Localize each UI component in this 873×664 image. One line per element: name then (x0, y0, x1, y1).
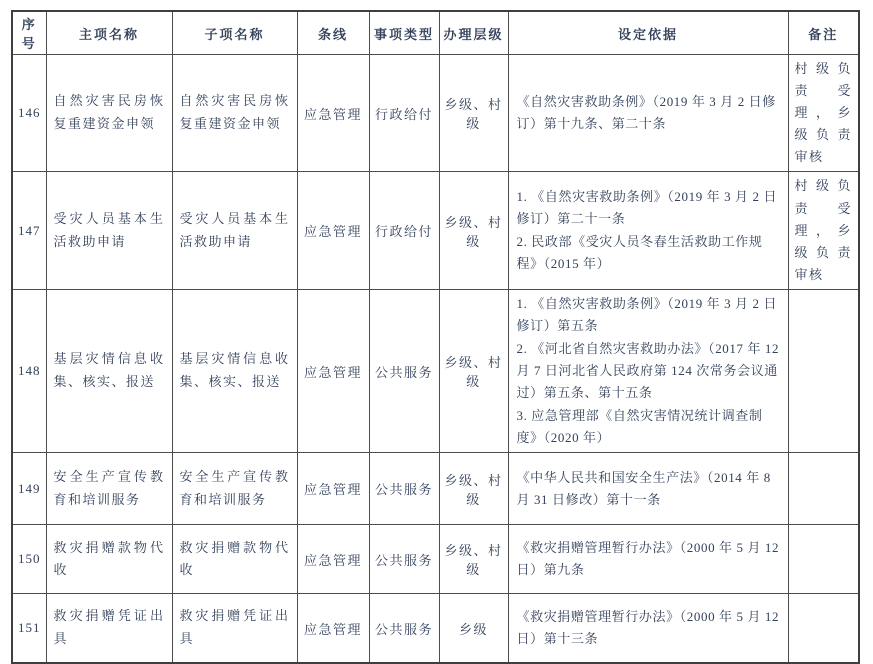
line-cell: 应急管理 (297, 289, 369, 453)
remark-cell (788, 289, 859, 453)
sub-item-name: 受灾人员基本生活救助申请 (172, 172, 297, 289)
remark-cell (788, 525, 859, 594)
header-remark: 备注 (788, 11, 859, 55)
row-index: 146 (12, 55, 46, 172)
handling-level-cell: 乡级、村级 (439, 525, 508, 594)
header-index: 序号 (12, 11, 46, 55)
remark-cell: 村级负责受理，乡级负责审核 (788, 172, 859, 289)
sub-item-name: 自然灾害民房恢复重建资金申领 (172, 55, 297, 172)
table-row: 151 救灾捐赠凭证出具 救灾捐赠凭证出具 应急管理 公共服务 乡级 《救灾捐赠… (12, 594, 859, 663)
table-header-row: 序号 主项名称 子项名称 条线 事项类型 办理层级 设定依据 备注 (12, 11, 859, 55)
main-item-name: 救灾捐赠凭证出具 (46, 594, 172, 663)
row-index: 151 (12, 594, 46, 663)
header-sub-item: 子项名称 (172, 11, 297, 55)
line-cell: 应急管理 (297, 172, 369, 289)
main-item-name: 安全生产宣传教育和培训服务 (46, 453, 172, 525)
header-item-type: 事项类型 (369, 11, 439, 55)
header-main-item: 主项名称 (46, 11, 172, 55)
basis-cell: 1. 《自然灾害救助条例》（2019 年 3 月 2 日修订）第二十一条 2. … (508, 172, 788, 289)
main-item-name: 受灾人员基本生活救助申请 (46, 172, 172, 289)
basis-cell: 《自然灾害救助条例》（2019 年 3 月 2 日修订）第十九条、第二十条 (508, 55, 788, 172)
item-type-cell: 公共服务 (369, 289, 439, 453)
basis-cell: 《救灾捐赠管理暂行办法》（2000 年 5 月 12 日）第九条 (508, 525, 788, 594)
item-type-cell: 行政给付 (369, 55, 439, 172)
item-type-cell: 行政给付 (369, 172, 439, 289)
row-index: 147 (12, 172, 46, 289)
table-row: 149 安全生产宣传教育和培训服务 安全生产宣传教育和培训服务 应急管理 公共服… (12, 453, 859, 525)
main-item-name: 救灾捐赠款物代收 (46, 525, 172, 594)
row-index: 150 (12, 525, 46, 594)
table-row: 146 自然灾害民房恢复重建资金申领 自然灾害民房恢复重建资金申领 应急管理 行… (12, 55, 859, 172)
sub-item-name: 基层灾情信息收集、核实、报送 (172, 289, 297, 453)
handling-level-cell: 乡级、村级 (439, 55, 508, 172)
handling-level-cell: 乡级、村级 (439, 172, 508, 289)
table-row: 148 基层灾情信息收集、核实、报送 基层灾情信息收集、核实、报送 应急管理 公… (12, 289, 859, 453)
item-type-cell: 公共服务 (369, 453, 439, 525)
row-index: 149 (12, 453, 46, 525)
handling-level-cell: 乡级、村级 (439, 289, 508, 453)
remark-cell (788, 594, 859, 663)
table-row: 150 救灾捐赠款物代收 救灾捐赠款物代收 应急管理 公共服务 乡级、村级 《救… (12, 525, 859, 594)
remark-cell (788, 453, 859, 525)
main-item-name: 基层灾情信息收集、核实、报送 (46, 289, 172, 453)
header-line: 条线 (297, 11, 369, 55)
main-item-name: 自然灾害民房恢复重建资金申领 (46, 55, 172, 172)
service-items-table: 序号 主项名称 子项名称 条线 事项类型 办理层级 设定依据 备注 146 自然… (11, 10, 860, 664)
row-index: 148 (12, 289, 46, 453)
sub-item-name: 救灾捐赠款物代收 (172, 525, 297, 594)
item-type-cell: 公共服务 (369, 594, 439, 663)
basis-cell: 《救灾捐赠管理暂行办法》（2000 年 5 月 12 日）第十三条 (508, 594, 788, 663)
handling-level-cell: 乡级 (439, 594, 508, 663)
line-cell: 应急管理 (297, 453, 369, 525)
basis-cell: 《中华人民共和国安全生产法》（2014 年 8 月 31 日修改）第十一条 (508, 453, 788, 525)
remark-cell: 村级负责受理，乡级负责审核 (788, 55, 859, 172)
item-type-cell: 公共服务 (369, 525, 439, 594)
line-cell: 应急管理 (297, 525, 369, 594)
table-row: 147 受灾人员基本生活救助申请 受灾人员基本生活救助申请 应急管理 行政给付 … (12, 172, 859, 289)
line-cell: 应急管理 (297, 594, 369, 663)
basis-cell: 1. 《自然灾害救助条例》（2019 年 3 月 2 日修订）第五条 2. 《河… (508, 289, 788, 453)
line-cell: 应急管理 (297, 55, 369, 172)
handling-level-cell: 乡级、村级 (439, 453, 508, 525)
header-handling-level: 办理层级 (439, 11, 508, 55)
header-basis: 设定依据 (508, 11, 788, 55)
sub-item-name: 安全生产宣传教育和培训服务 (172, 453, 297, 525)
sub-item-name: 救灾捐赠凭证出具 (172, 594, 297, 663)
